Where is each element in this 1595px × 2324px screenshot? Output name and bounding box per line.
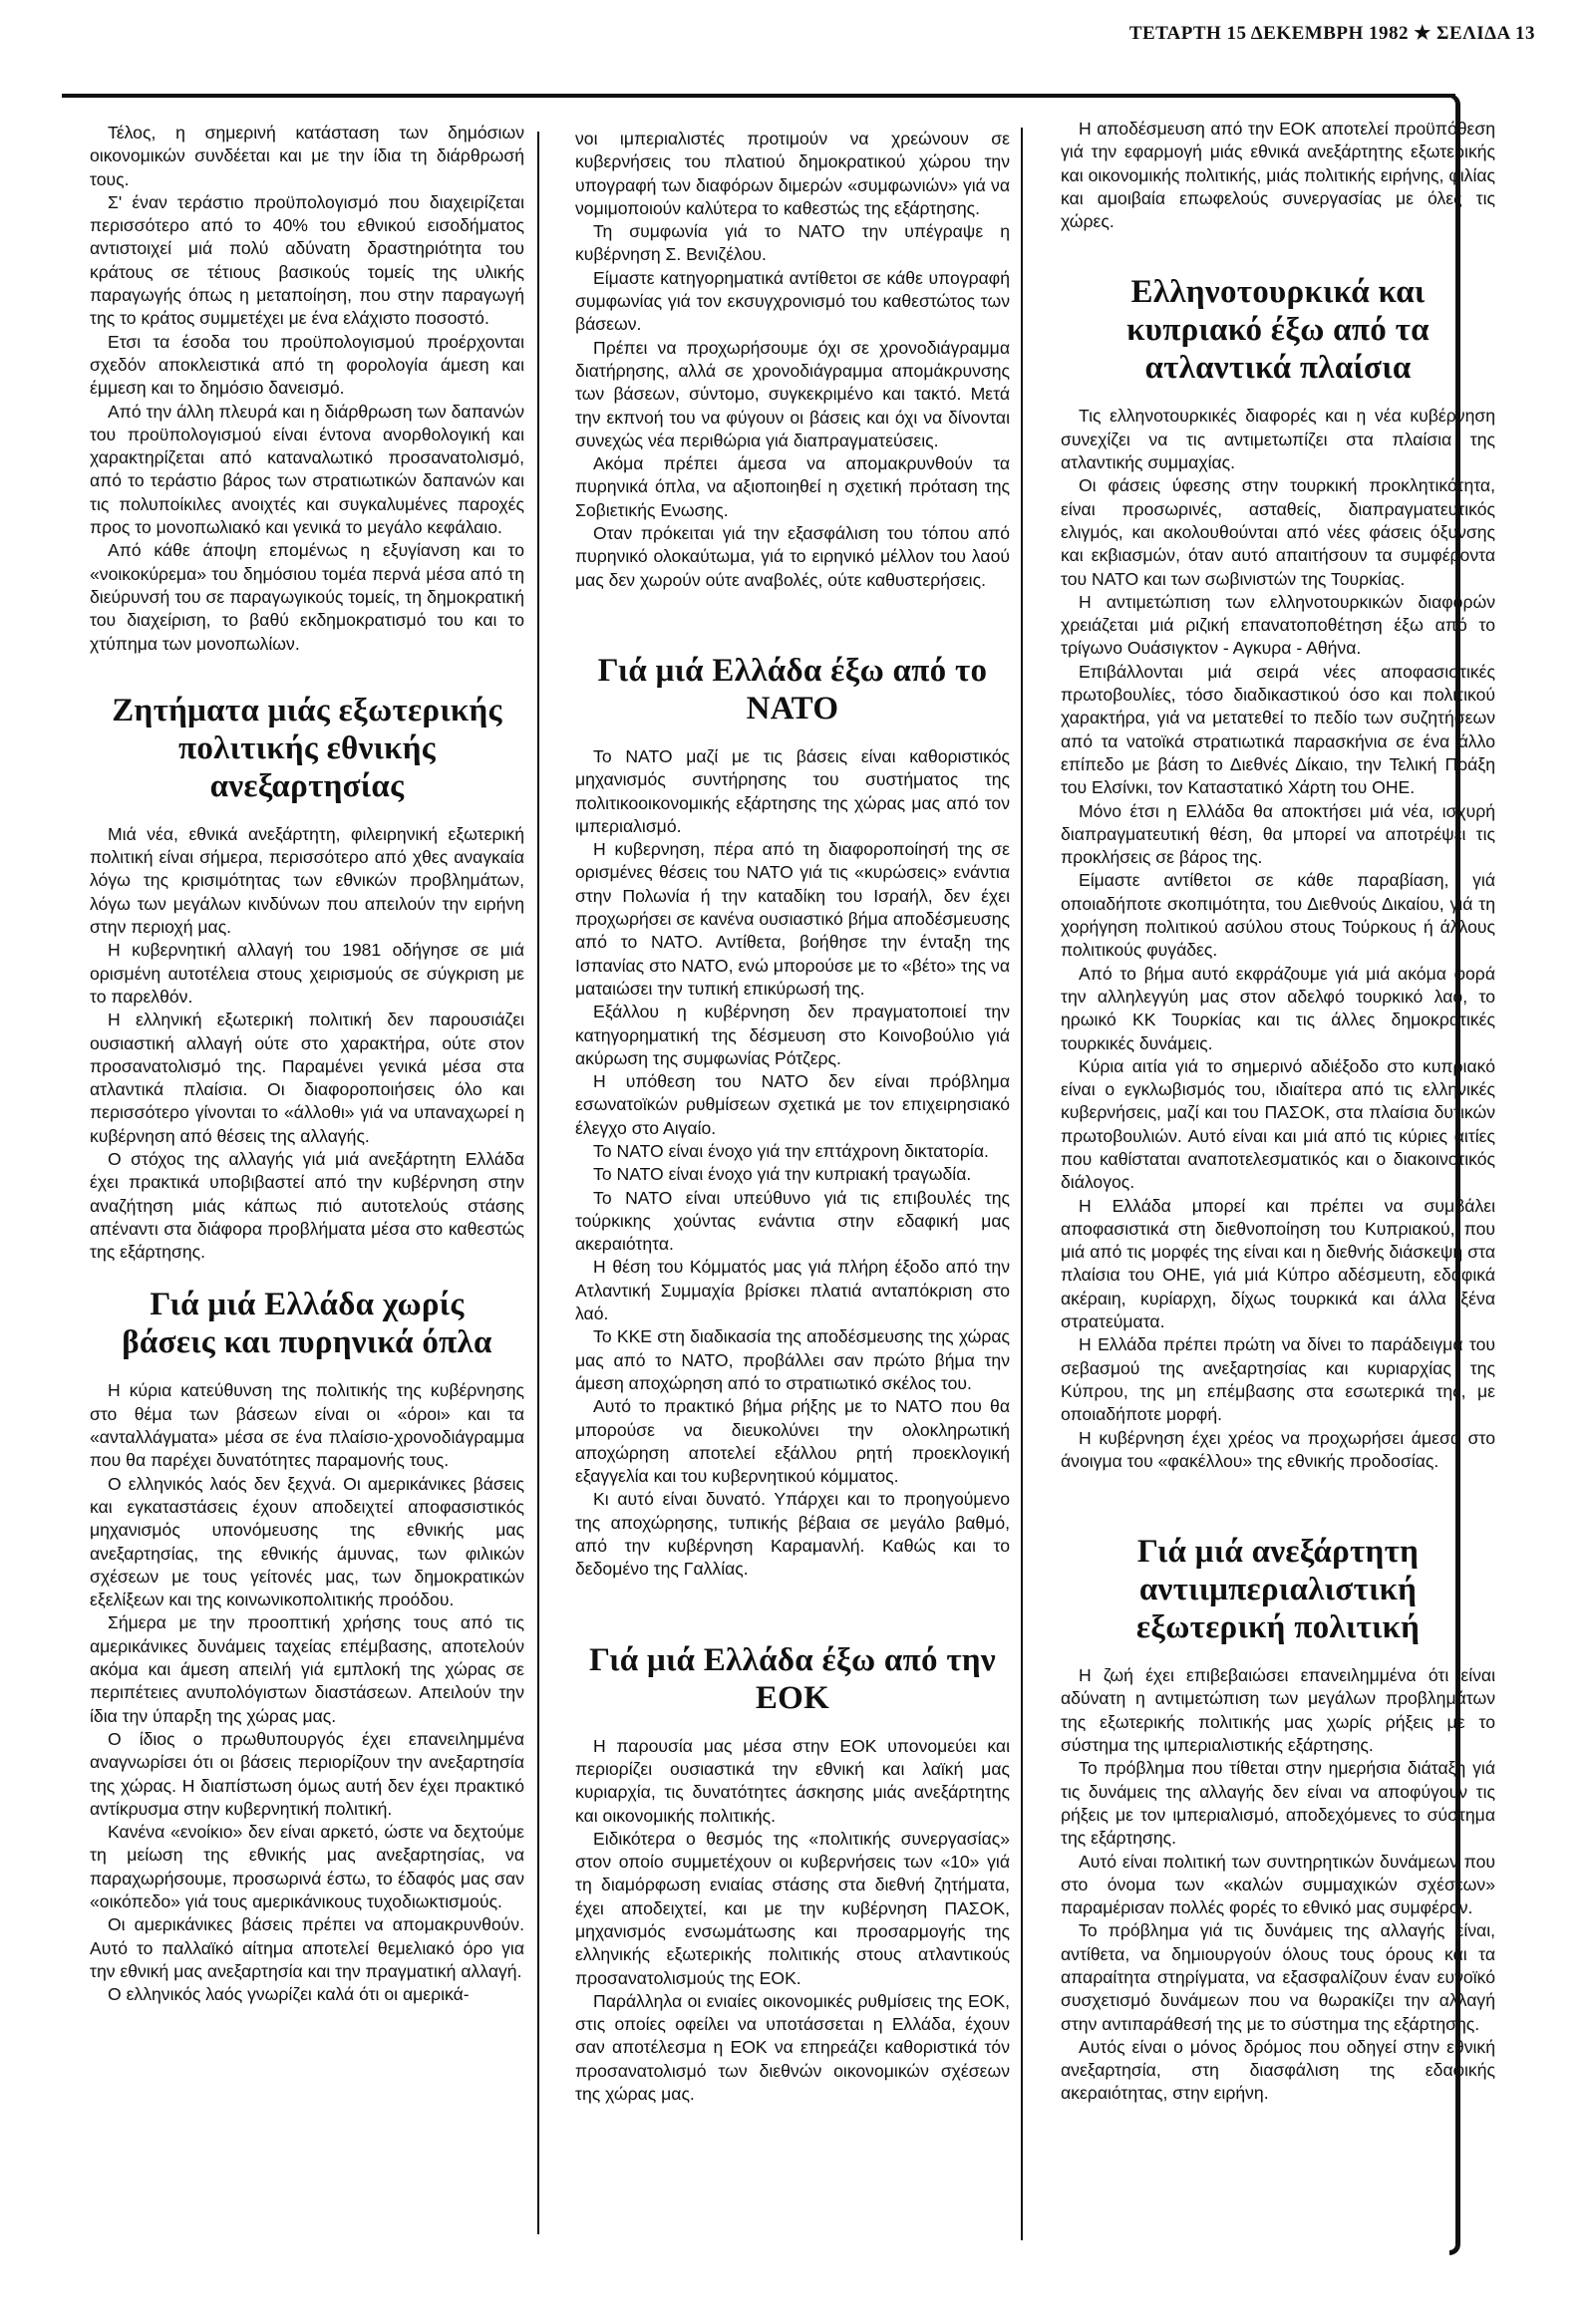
column-divider: [537, 132, 539, 2234]
body-paragraph: Ο ίδιος ο πρωθυπουργός έχει επανειλημμέν…: [90, 1728, 524, 1821]
body-paragraph: Επιβάλλονται μιά σειρά νέες αποφασιστικέ…: [1061, 661, 1495, 800]
body-paragraph: Ειδικότερα ο θεσμός της «πολιτικής συνερ…: [575, 1828, 1010, 1990]
body-paragraph: νοι ιμπεριαλιστές προτιμούν να χρεώνουν …: [575, 128, 1010, 220]
body-paragraph: Ετσι τα έσοδα του προϋπολογισμού προέρχο…: [90, 331, 524, 401]
body-paragraph: Το ΚΚΕ στη διαδικασία της αποδέσμευσης τ…: [575, 1325, 1010, 1395]
body-paragraph: Ο ελληνικός λαός γνωρίζει καλά ότι οι αμ…: [90, 1983, 524, 2006]
top-border-rule: [62, 94, 1455, 98]
body-paragraph: Είμαστε κατηγορηματικά αντίθετοι σε κάθε…: [575, 267, 1010, 337]
article-column-2: νοι ιμπεριαλιστές προτιμούν να χρεώνουν …: [575, 128, 1010, 2106]
body-paragraph: Η κυβερνητική αλλαγή του 1981 οδήγησε σε…: [90, 939, 524, 1009]
article-column-1: Τέλος, η σημερινή κατάσταση των δημόσιων…: [90, 122, 524, 2006]
section-heading: Ζητήματα μιάς εξωτερικής πολιτικής εθνικ…: [100, 692, 514, 805]
body-paragraph: Ακόμα πρέπει άμεσα να απομακρυνθούν τα π…: [575, 452, 1010, 522]
body-paragraph: Από το βήμα αυτό εκφράζουμε γιά μιά ακόμ…: [1061, 963, 1495, 1055]
body-paragraph: Τη συμφωνία γιά το ΝΑΤΟ την υπέγραψε η κ…: [575, 220, 1010, 267]
body-paragraph: Από την άλλη πλευρά και η διάρθρωση των …: [90, 401, 524, 540]
body-paragraph: Εξάλλου η κυβέρνηση δεν πραγματοποιεί τη…: [575, 1001, 1010, 1070]
body-paragraph: Το πρόβλημα γιά τις δυνάμεις της αλλαγής…: [1061, 1919, 1495, 2035]
body-paragraph: Παράλληλα οι ενιαίες οικονομικές ρυθμίσε…: [575, 1990, 1010, 2106]
body-paragraph: Η θέση του Κόμματός μας γιά πλήρη έξοδο …: [575, 1256, 1010, 1325]
body-paragraph: Σ' έναν τεράστιο προϋπολογισμό που διαχε…: [90, 191, 524, 331]
body-paragraph: Η Ελλάδα πρέπει πρώτη να δίνει το παράδε…: [1061, 1333, 1495, 1426]
body-paragraph: Κύρια αιτία γιά το σημερινό αδιέξοδο στο…: [1061, 1055, 1495, 1195]
body-paragraph: Η κύρια κατεύθυνση της πολιτικής της κυβ…: [90, 1379, 524, 1472]
section-heading: Γιά μιά Ελλάδα έξω από το ΝΑΤΟ: [585, 652, 1000, 727]
body-paragraph: Τέλος, η σημερινή κατάσταση των δημόσιων…: [90, 122, 524, 191]
body-paragraph: Ο στόχος της αλλαγής γιά μιά ανεξάρτητη …: [90, 1148, 524, 1264]
body-paragraph: Τις ελληνοτουρκικές διαφορές και η νέα κ…: [1061, 405, 1495, 474]
body-paragraph: Η αποδέσμευση από την ΕΟΚ αποτελεί προϋπ…: [1061, 118, 1495, 233]
body-paragraph: Η κυβερνηση, πέρα από τη διαφοροποίησή τ…: [575, 838, 1010, 1001]
body-paragraph: Από κάθε άποψη επομένως η εξυγίανση και …: [90, 539, 524, 655]
body-paragraph: Οι φάσεις ύφεσης στην τουρκική προκλητικ…: [1061, 474, 1495, 590]
body-paragraph: Οταν πρόκειται γιά την εξασφάλιση του τό…: [575, 522, 1010, 592]
section-heading: Γιά μιά Ελλάδα έξω από την ΕΟΚ: [585, 1641, 1000, 1717]
article-column-3: Η αποδέσμευση από την ΕΟΚ αποτελεί προϋπ…: [1061, 118, 1495, 2106]
body-paragraph: Το ΝΑΤΟ είναι ένοχο γιά την κυπριακή τρα…: [575, 1163, 1010, 1186]
body-paragraph: Το πρόβλημα που τίθεται στην ημερήσια δι…: [1061, 1757, 1495, 1850]
section-heading: Γιά μιά Ελλάδα χωρίς βάσεις και πυρηνικά…: [100, 1286, 514, 1361]
body-paragraph: Σήμερα με την προοπτική χρήσης τους από …: [90, 1611, 524, 1727]
body-paragraph: Η αντιμετώπιση των ελληνοτουρκικών διαφο…: [1061, 591, 1495, 661]
body-paragraph: Αυτός είναι ο μόνος δρόμος που οδηγεί στ…: [1061, 2036, 1495, 2106]
section-heading: Γιά μιά ανεξάρτητη αντιιμπεριαλιστική εξ…: [1071, 1533, 1485, 1646]
body-paragraph: Μιά νέα, εθνικά ανεξάρτητη, φιλειρηνική …: [90, 823, 524, 939]
body-paragraph: Η ελληνική εξωτερική πολιτική δεν παρουσ…: [90, 1009, 524, 1148]
body-paragraph: Αυτό το πρακτικό βήμα ρήξης με το ΝΑΤΟ π…: [575, 1395, 1010, 1488]
body-paragraph: Η κυβέρνηση έχει χρέος να προχωρήσει άμε…: [1061, 1427, 1495, 1474]
body-paragraph: Μόνο έτσι η Ελλάδα θα αποκτήσει μιά νέα,…: [1061, 800, 1495, 870]
body-paragraph: Κανένα «ενοίκιο» δεν είναι αρκετό, ώστε …: [90, 1821, 524, 1913]
body-paragraph: Αυτό είναι πολιτική των συντηρητικών δυν…: [1061, 1851, 1495, 1920]
section-heading: Ελληνοτουρκικά και κυπριακό έξω από τα α…: [1071, 273, 1485, 387]
body-paragraph: Το ΝΑΤΟ μαζί με τις βάσεις είναι καθορισ…: [575, 745, 1010, 838]
page-dateline: ΤΕΤΑΡΤΗ 15 ΔΕΚΕΜΒΡΗ 1982 ★ ΣΕΛΙΔΑ 13: [1129, 22, 1535, 45]
body-paragraph: Είμαστε αντίθετοι σε κάθε παραβίαση, γιά…: [1061, 869, 1495, 962]
body-paragraph: Η υπόθεση του ΝΑΤΟ δεν είναι πρόβλημα εσ…: [575, 1070, 1010, 1140]
body-paragraph: Κι αυτό είναι δυνατό. Υπάρχει και το προ…: [575, 1488, 1010, 1581]
body-paragraph: Το ΝΑΤΟ είναι υπεύθυνο γιά τις επιβουλές…: [575, 1187, 1010, 1257]
column-divider: [1021, 128, 1023, 2240]
body-paragraph: Οι αμερικάνικες βάσεις πρέπει να απομακρ…: [90, 1913, 524, 1983]
body-paragraph: Η ζωή έχει επιβεβαιώσει επανειλημμένα ότ…: [1061, 1664, 1495, 1757]
body-paragraph: Η Ελλάδα μπορεί και πρέπει να συμβάλει α…: [1061, 1195, 1495, 1334]
body-paragraph: Η παρουσία μας μέσα στην ΕΟΚ υπονομεύει …: [575, 1735, 1010, 1828]
body-paragraph: Ο ελληνικός λαός δεν ξεχνά. Οι αμερικάνι…: [90, 1473, 524, 1612]
body-paragraph: Πρέπει να προχωρήσουμε όχι σε χρονοδιάγρ…: [575, 337, 1010, 452]
body-paragraph: Το ΝΑΤΟ είναι ένοχο γιά την επτάχρονη δι…: [575, 1140, 1010, 1163]
